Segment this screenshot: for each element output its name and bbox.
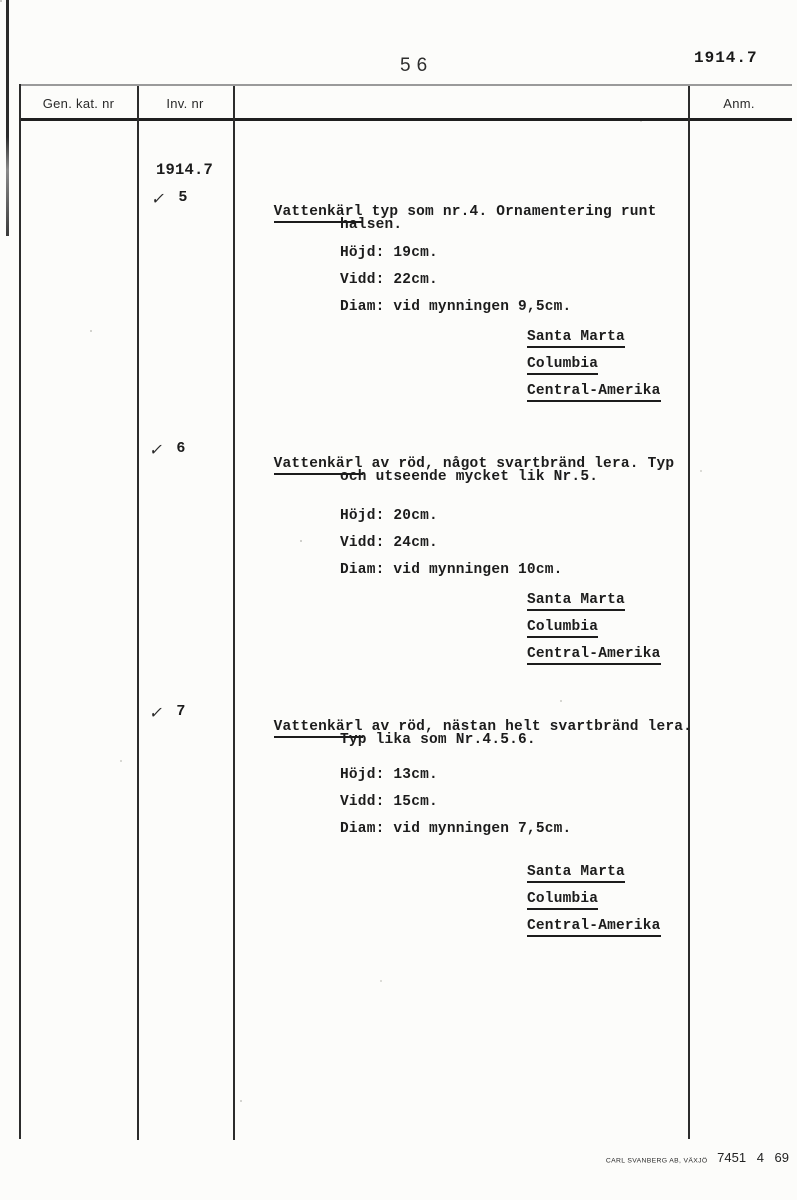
header-anm: Anm. [688,96,790,111]
location-central-amerika: Central-Amerika [527,384,661,402]
inv-nr-value: 7 [176,703,185,720]
printer-code: 7451 4 69 [717,1150,789,1165]
column-divider-1 [137,86,139,1140]
inv-nr-value: 5 [178,189,187,206]
collection-number-header: 1914.7 [694,49,758,67]
measurement-diam: Diam: vid mynningen 9,5cm. [340,300,571,315]
measurement-diam: Diam: vid mynningen 7,5cm. [340,822,571,837]
location-columbia: Columbia [527,620,598,638]
location-central-amerika: Central-Amerika [527,919,661,937]
header-inv-nr: Inv. nr [137,96,233,111]
checkmark-icon: ✓ [148,440,165,459]
inv-nr-cell: ✓ 5 [152,189,187,208]
printer-firm-name: CARL SVANBERG AB, VÄXJÖ [606,1156,708,1164]
column-divider-2 [233,86,235,1140]
location-columbia: Columbia [527,892,598,910]
table-header-rule [20,118,792,121]
header-gen-kat-nr: Gen. kat. nr [20,96,137,111]
measurement-vidd: Vidd: 15cm. [340,795,438,810]
catalog-page: 56 1914.7 Gen. kat. nr Inv. nr Anm. 1914… [0,0,797,1200]
table-top-rule [20,84,792,86]
entry-desc-line2: Typ lika som Nr.4.5.6. [340,733,536,748]
entry-desc-line1: Vattenkärltyp som nr.4. Ornamentering ru… [238,190,656,234]
measurement-vidd: Vidd: 22cm. [340,273,438,288]
page-number: 56 [400,55,433,77]
column-divider-3 [688,86,690,1139]
entry-desc-text: typ som nr.4. Ornamentering runt [372,204,657,220]
inv-nr-value: 6 [176,440,185,457]
location-santa-marta: Santa Marta [527,330,625,348]
location-santa-marta: Santa Marta [527,865,625,883]
measurement-hojd: Höjd: 19cm. [340,246,438,261]
measurement-vidd: Vidd: 24cm. [340,536,438,551]
inv-nr-cell: ✓ 6 [150,440,185,459]
location-santa-marta: Santa Marta [527,593,625,611]
inv-nr-cell: ✓ 7 [150,703,185,722]
table-left-border [19,84,21,1139]
location-central-amerika: Central-Amerika [527,647,661,665]
printer-mark: CARL SVANBERG AB, VÄXJÖ 7451 4 69 [588,1150,789,1165]
scan-edge-artifact [6,0,9,236]
entry-desc-line2: och utseende mycket lik Nr.5. [340,470,598,485]
measurement-hojd: Höjd: 13cm. [340,768,438,783]
group-label-year: 1914.7 [156,163,213,179]
entry-desc-line2: halsen. [340,218,402,233]
checkmark-icon: ✓ [150,189,167,208]
scan-noise [0,0,2,2]
measurement-hojd: Höjd: 20cm. [340,509,438,524]
location-columbia: Columbia [527,357,598,375]
checkmark-icon: ✓ [148,703,165,722]
measurement-diam: Diam: vid mynningen 10cm. [340,563,563,578]
